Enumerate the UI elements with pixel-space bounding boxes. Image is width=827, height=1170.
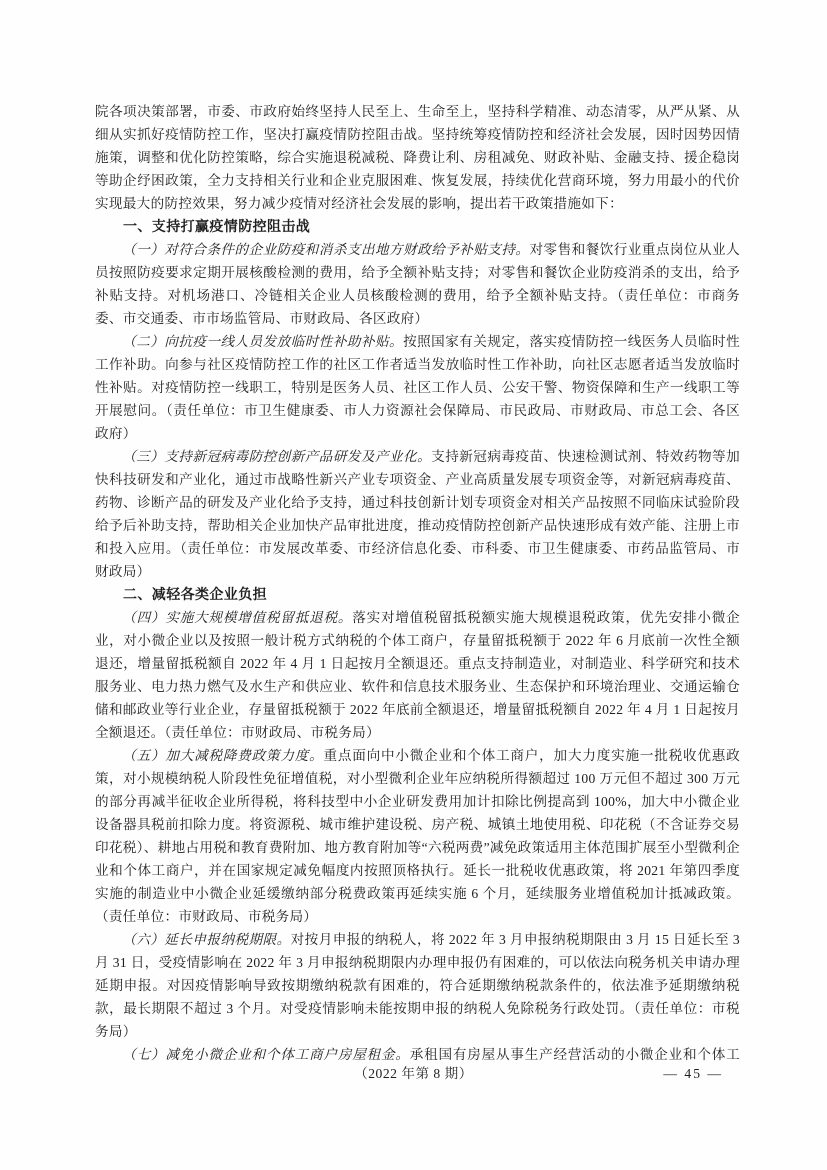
policy-item-1-lead: （一）对符合条件的企业防疫和消杀支出地方财政给予补贴支持。 <box>122 242 529 257</box>
policy-item-3-body: 支持新冠病毒疫苗、快速检测试剂、特效药物等加快科技研发和产业化，通过市战略性新兴… <box>95 449 740 579</box>
document-page: 院各项决策部署，市委、市政府始终坚持人民至上、生命至上，坚持科学精准、动态清零，… <box>0 0 827 1170</box>
policy-item-4: （四）实施大规模增值税留抵退税。落实对增值税留抵税额实施大规模退税政策，优先安排… <box>95 606 740 744</box>
policy-item-6: （六）延长申报纳税期限。对按月申报的纳税人，将 2022 年 3 月申报纳税期限… <box>95 928 740 1043</box>
policy-item-4-lead: （四）实施大规模增值税留抵退税。 <box>122 610 352 625</box>
policy-item-2-lead: （二）向抗疫一线人员发放临时性补助补贴。 <box>122 334 403 349</box>
policy-item-7-lead: （七）减免小微企业和个体工商户房屋租金。 <box>122 1047 410 1062</box>
policy-item-2-body: 按照国家有关规定，落实疫情防控一线医务人员临时性工作补助。向参与社区疫情防控工作… <box>95 334 740 441</box>
policy-item-6-lead: （六）延长申报纳税期限。 <box>122 932 290 947</box>
intro-paragraph: 院各项决策部署，市委、市政府始终坚持人民至上、生命至上，坚持科学精准、动态清零，… <box>95 100 740 215</box>
section-1-heading: 一、支持打赢疫情防控阻击战 <box>95 215 740 238</box>
policy-item-4-body: 落实对增值税留抵税额实施大规模退税政策，优先安排小微企业，对小微企业以及按照一般… <box>95 610 740 740</box>
document-body: 院各项决策部署，市委、市政府始终坚持人民至上、生命至上，坚持科学精准、动态清零，… <box>95 100 740 1066</box>
policy-item-3: （三）支持新冠病毒防控创新产品研发及产业化。支持新冠病毒疫苗、快速检测试剂、特效… <box>95 445 740 583</box>
section-2-heading: 二、减轻各类企业负担 <box>95 583 740 606</box>
policy-item-5: （五）加大减税降费政策力度。重点面向中小微企业和个体工商户，加大力度实施一批税收… <box>95 744 740 928</box>
page-footer: （2022 年第 8 期） — 45 — <box>0 1062 827 1085</box>
policy-item-6-body: 对按月申报的纳税人，将 2022 年 3 月申报纳税期限由 3 月 15 日延长… <box>95 932 740 1039</box>
policy-item-1: （一）对符合条件的企业防疫和消杀支出地方财政给予补贴支持。对零售和餐饮行业重点岗… <box>95 238 740 330</box>
policy-item-2: （二）向抗疫一线人员发放临时性补助补贴。按照国家有关规定，落实疫情防控一线医务人… <box>95 330 740 445</box>
policy-item-3-lead: （三）支持新冠病毒防控创新产品研发及产业化。 <box>122 449 431 464</box>
page-number: — 45 — <box>663 1062 723 1085</box>
policy-item-7-body: 承租国有房屋从事生产经营活动的小微企业和个体工 <box>410 1047 740 1062</box>
policy-item-5-lead: （五）加大减税降费政策力度。 <box>122 748 323 763</box>
policy-item-5-body: 重点面向中小微企业和个体工商户，加大力度实施一批税收优惠政策，对小规模纳税人阶段… <box>95 748 740 924</box>
